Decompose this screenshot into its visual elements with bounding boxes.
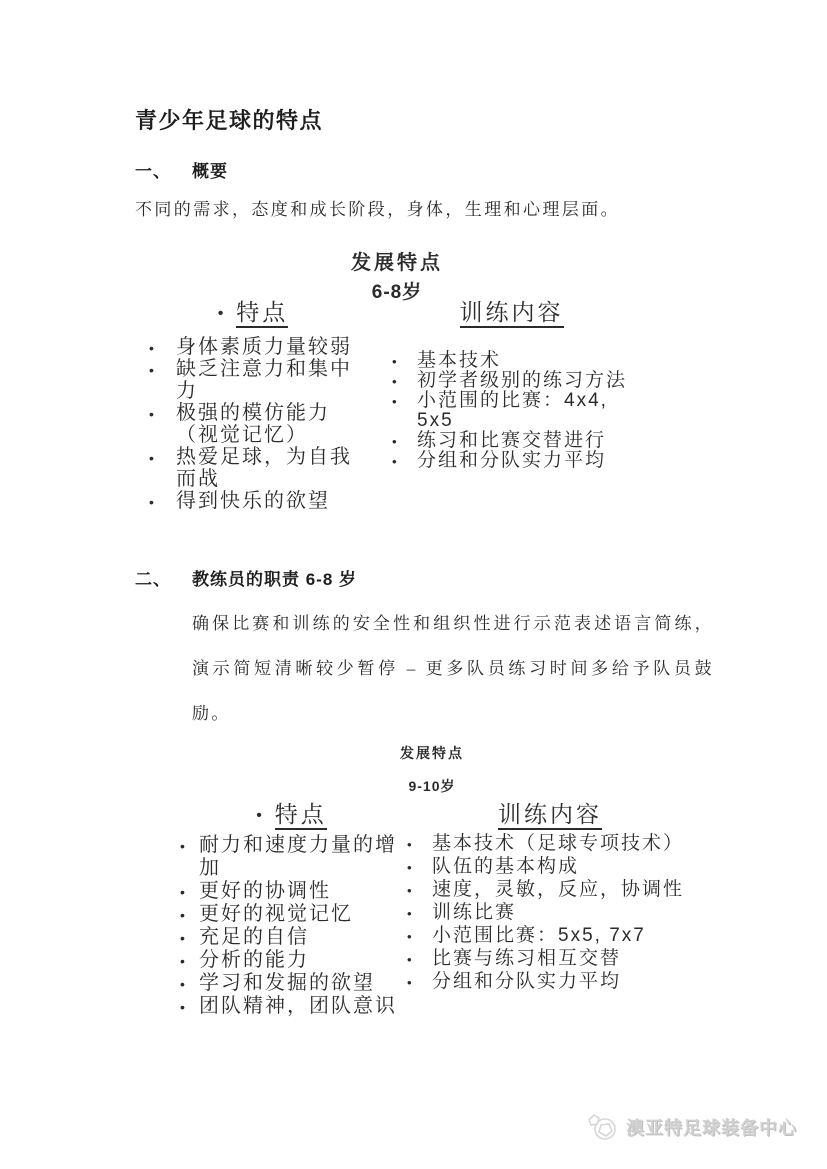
slide2-features-header-label: 特点 xyxy=(275,801,327,830)
list-item: 分析的能力 xyxy=(178,949,405,972)
list-item: 团队精神，团队意识 xyxy=(178,995,405,1018)
list-item: 更好的协调性 xyxy=(178,880,405,903)
slide1-training-column: 训练内容 基本技术初学者级别的练习方法小范围的比赛：4x4, 5x5练习和比赛交… xyxy=(390,294,633,471)
slide2-age: 9-10岁 xyxy=(0,776,827,796)
list-item: 热爱足球，为自我而战 xyxy=(147,446,357,490)
list-item: 学习和发掘的欲望 xyxy=(178,972,405,995)
section-1-number: 一、 xyxy=(135,157,192,182)
section-2-title: 教练员的职责 6-8 岁 xyxy=(192,570,357,589)
section-2-heading: 二、教练员的职责 6-8 岁 xyxy=(135,565,357,590)
list-item: 小范围比赛：5x5, 7x7 xyxy=(405,924,695,947)
watermark: 澳亚特足球装备中心 xyxy=(586,1112,797,1142)
slide1-title: 发展特点 xyxy=(0,246,794,275)
slide2-features-column: •特点 耐力和速度力量的增加更好的协调性更好的视觉记忆充足的自信分析的能力学习和… xyxy=(178,796,405,1018)
slide1-features-list: 身体素质力量较弱缺乏注意力和集中力极强的模仿能力（视觉记忆）热爱足球，为自我而战… xyxy=(147,336,359,512)
slide1-features-column: •特点 身体素质力量较弱缺乏注意力和集中力极强的模仿能力（视觉记忆）热爱足球，为… xyxy=(147,294,359,512)
soccer-ball-icon xyxy=(586,1112,620,1142)
list-item: 身体素质力量较弱 xyxy=(147,336,357,358)
bullet-icon: • xyxy=(218,305,227,322)
slide2-training-header-label: 训练内容 xyxy=(498,801,602,830)
slide1-training-header: 训练内容 xyxy=(390,294,633,327)
list-item: 队伍的基本构成 xyxy=(405,855,695,878)
slide1-training-header-label: 训练内容 xyxy=(460,299,564,328)
slide1-training-list: 基本技术初学者级别的练习方法小范围的比赛：4x4, 5x5练习和比赛交替进行分组… xyxy=(390,351,633,471)
slide1-features-header-label: 特点 xyxy=(236,299,288,328)
slide2-features-list: 耐力和速度力量的增加更好的协调性更好的视觉记忆充足的自信分析的能力学习和发掘的欲… xyxy=(178,834,405,1018)
list-item: 初学者级别的练习方法 xyxy=(390,371,633,391)
list-item: 充足的自信 xyxy=(178,926,405,949)
list-item: 训练比赛 xyxy=(405,901,695,924)
document-page: 青少年足球的特点 一、概要 不同的需求，态度和成长阶段，身体，生理和心理层面。 … xyxy=(0,0,827,1169)
slide2-title-block: 发展特点 9-10岁 xyxy=(0,743,827,796)
section-2-number: 二、 xyxy=(135,565,192,590)
list-item: 基本技术（足球专项技术） xyxy=(405,832,695,855)
slide2-features-header: •特点 xyxy=(178,796,405,829)
list-item: 比赛与练习相互交替 xyxy=(405,947,695,970)
list-item: 小范围的比赛：4x4, 5x5 xyxy=(390,391,633,431)
list-item: 分组和分队实力平均 xyxy=(405,970,695,993)
slide2-training-column: 训练内容 基本技术（足球专项技术）队伍的基本构成速度，灵敏，反应，协调性训练比赛… xyxy=(405,796,695,993)
list-item: 练习和比赛交替进行 xyxy=(390,431,633,451)
list-item: 更好的视觉记忆 xyxy=(178,903,405,926)
list-item: 分组和分队实力平均 xyxy=(390,451,633,471)
slide2-title: 发展特点 xyxy=(0,743,827,763)
section-2-paragraph: 确保比赛和训练的安全性和组织性进行示范表述语言简练，演示简短清晰较少暂停 – 更… xyxy=(192,601,714,736)
slide1-features-header: •特点 xyxy=(147,294,359,327)
section-1-heading: 一、概要 xyxy=(135,157,228,182)
bullet-icon: • xyxy=(256,807,265,824)
watermark-text: 澳亚特足球装备中心 xyxy=(626,1114,797,1140)
list-item: 速度，灵敏，反应，协调性 xyxy=(405,878,695,901)
document-title: 青少年足球的特点 xyxy=(135,104,323,135)
list-item: 得到快乐的欲望 xyxy=(147,490,357,512)
list-item: 耐力和速度力量的增加 xyxy=(178,834,405,880)
list-item: 基本技术 xyxy=(390,351,633,371)
list-item: 极强的模仿能力（视觉记忆） xyxy=(147,402,357,446)
slide2-training-list: 基本技术（足球专项技术）队伍的基本构成速度，灵敏，反应，协调性训练比赛小范围比赛… xyxy=(405,832,695,993)
section-1-paragraph: 不同的需求，态度和成长阶段，身体，生理和心理层面。 xyxy=(135,197,695,223)
slide2-training-header: 训练内容 xyxy=(405,796,695,829)
section-1-title: 概要 xyxy=(192,162,228,181)
list-item: 缺乏注意力和集中力 xyxy=(147,358,357,402)
